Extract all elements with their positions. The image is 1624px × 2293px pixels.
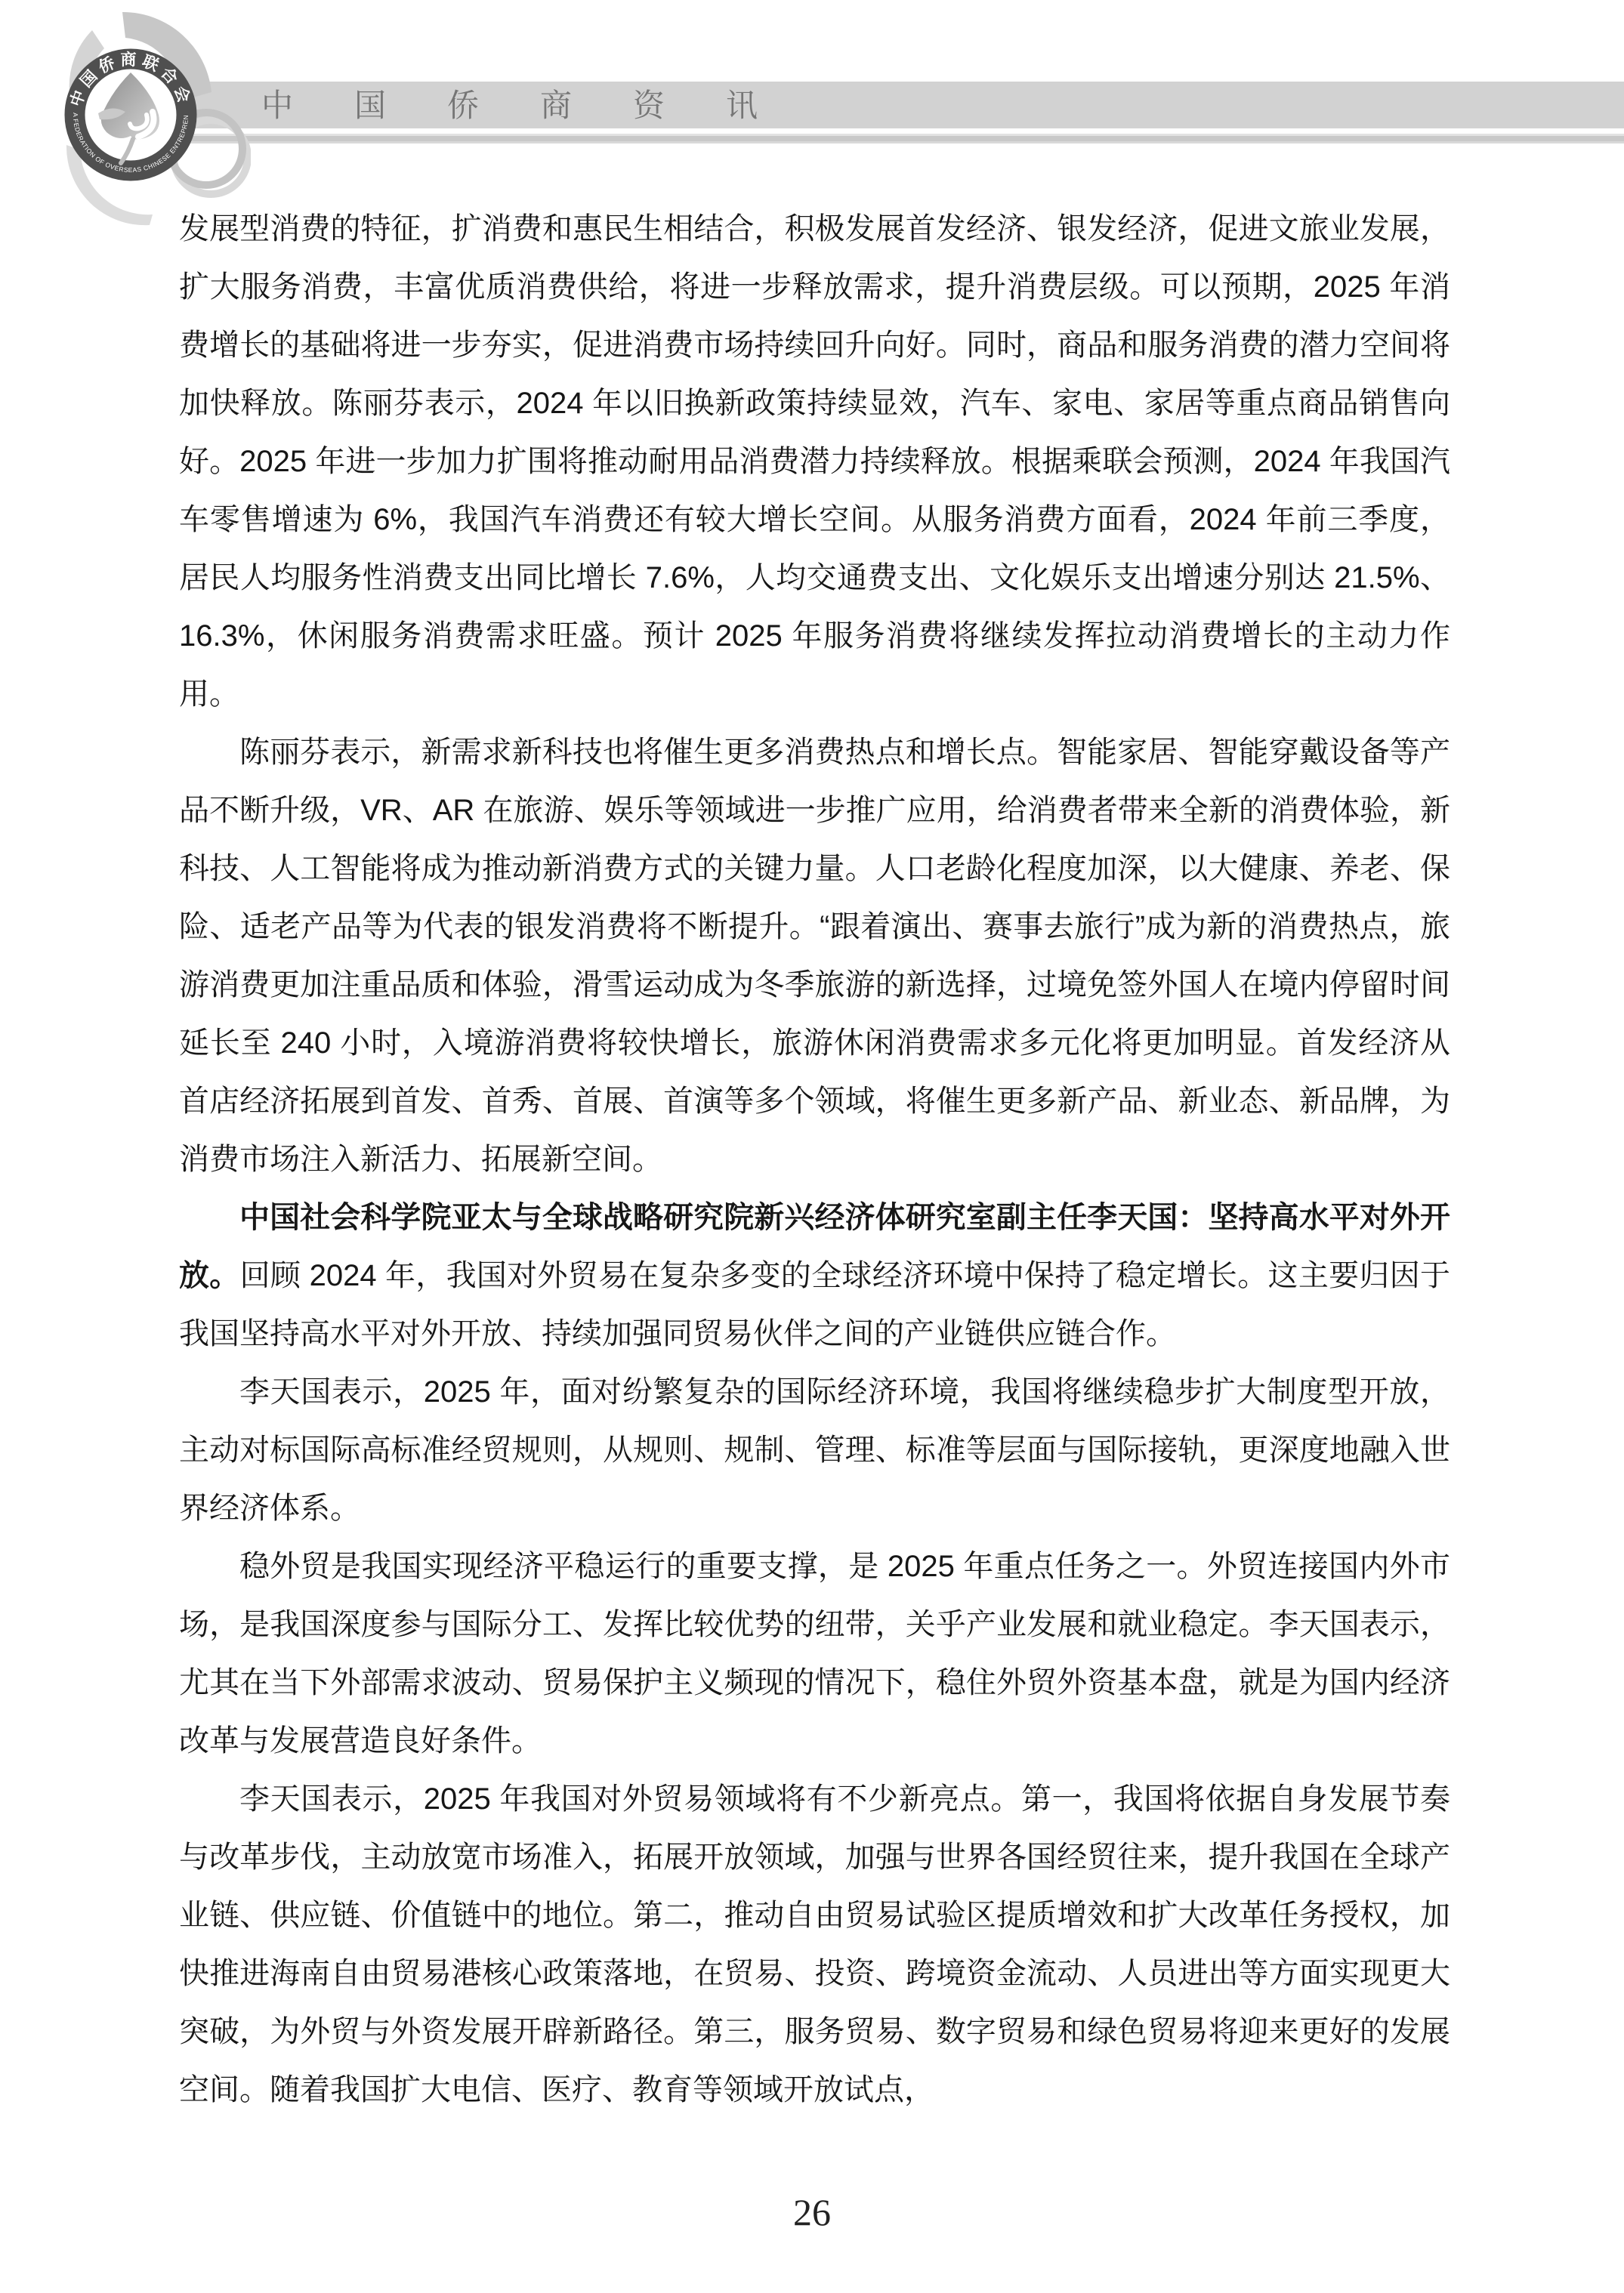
paragraph-text: 发展型消费的特征，扩消费和惠民生相结合，积极发展首发经济、银发经济，促进文旅业发… (179, 212, 1450, 711)
article-body: 发展型消费的特征，扩消费和惠民生相结合，积极发展首发经济、银发经济，促进文旅业发… (179, 200, 1450, 2119)
page-number: 26 (0, 2190, 1624, 2234)
paragraph: 李天国表示，2025 年，面对纷繁复杂的国际经济环境，我国将继续稳步扩大制度型开… (179, 1363, 1450, 1538)
paragraph-text: 回顾 2024 年，我国对外贸易在复杂多变的全球经济环境中保持了稳定增长。这主要… (179, 1259, 1450, 1350)
paragraph: 陈丽芬表示，新需求新科技也将催生更多消费热点和增长点。智能家居、智能穿戴设备等产… (179, 724, 1450, 1189)
paragraph: 中国社会科学院亚太与全球战略研究院新兴经济体研究室副主任李天国：坚持高水平对外开… (179, 1189, 1450, 1363)
masthead-stripes (107, 134, 1624, 144)
document-page: 中国侨商资讯 中国侨商联合会 (0, 0, 1624, 2293)
paragraph-text: 陈丽芬表示，新需求新科技也将催生更多消费热点和增长点。智能家居、智能穿戴设备等产… (179, 736, 1450, 1176)
masthead-title: 中国侨商资讯 (261, 82, 819, 128)
masthead-band: 中国侨商资讯 (107, 82, 1624, 128)
paragraph: 李天国表示，2025 年我国对外贸易领域将有不少新亮点。第一，我国将依据自身发展… (179, 1770, 1450, 2119)
paragraph-text: 稳外贸是我国实现经济平稳运行的重要支撑，是 2025 年重点任务之一。外贸连接国… (179, 1550, 1450, 1758)
paragraph: 发展型消费的特征，扩消费和惠民生相结合，积极发展首发经济、银发经济，促进文旅业发… (179, 200, 1450, 724)
paragraph-text: 李天国表示，2025 年，面对纷繁复杂的国际经济环境，我国将继续稳步扩大制度型开… (179, 1375, 1450, 1525)
paragraph: 稳外贸是我国实现经济平稳运行的重要支撑，是 2025 年重点任务之一。外贸连接国… (179, 1538, 1450, 1770)
paragraph-text: 李天国表示，2025 年我国对外贸易领域将有不少新亮点。第一，我国将依据自身发展… (179, 1782, 1450, 2106)
